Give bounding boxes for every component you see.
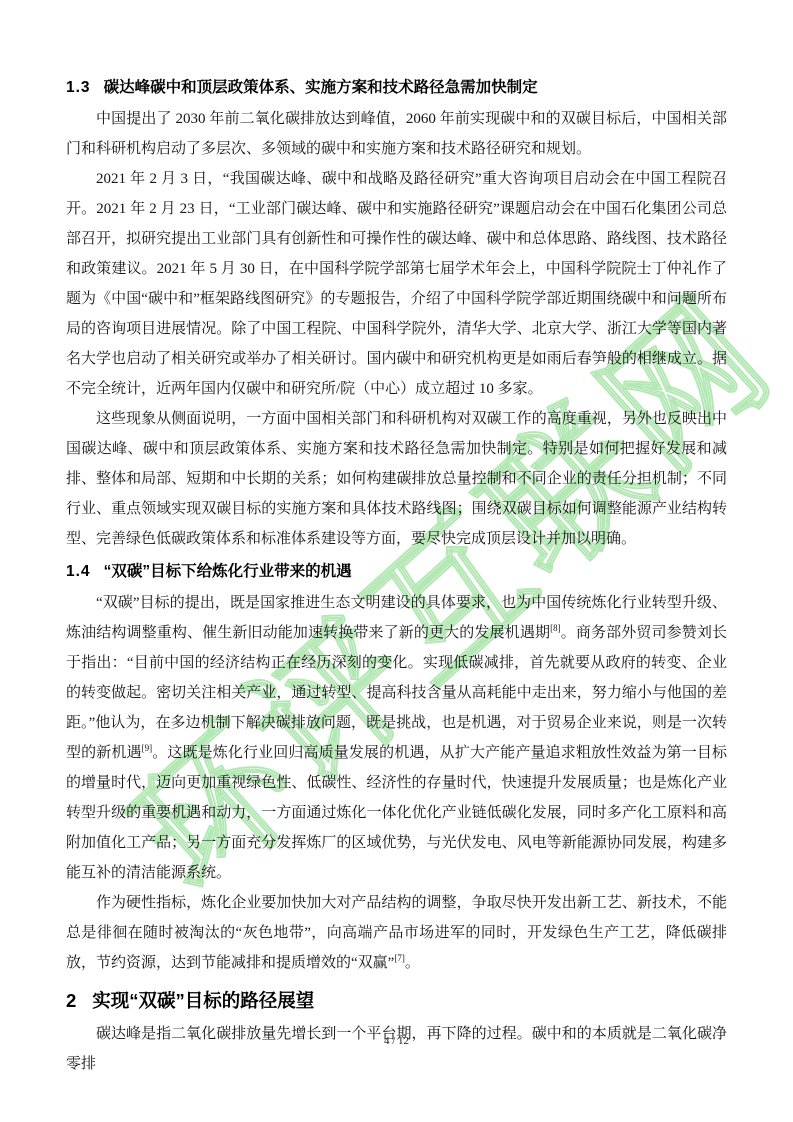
section-title: “双碳”目标下给炼化行业带来的机遇 — [104, 563, 352, 580]
document-body: 1.3碳达峰碳中和顶层政策体系、实施方案和技术路径急需加快制定中国提出了 203… — [66, 70, 727, 1079]
citation-ref: [7] — [394, 953, 405, 963]
citation-ref: [8] — [550, 623, 561, 633]
paragraph: 中国提出了 2030 年前二氧化碳排放达到峰值，2060 年前实现碳中和的双碳目… — [66, 104, 727, 164]
citation-ref: [9] — [142, 743, 153, 753]
paragraph: “双碳”目标的提出，既是国家推进生态文明建设的具体要求，也为中国传统炼化行业转型… — [66, 588, 727, 888]
section-number: 1.4 — [66, 563, 91, 580]
section-number: 1.3 — [66, 79, 91, 96]
section-number: 2 — [66, 990, 76, 1011]
paragraph: 这些现象从侧面说明，一方面中国相关部门和科研机构对双碳工作的高度重视，另外也反映… — [66, 404, 727, 554]
page-number: 4 / 12 — [0, 1033, 793, 1049]
section-title: 实现“双碳”目标的路径展望 — [92, 990, 314, 1011]
paragraph: 作为硬性指标，炼化企业要加快加大对产品结构的调整，争取尽快开发出新工艺、新技术，… — [66, 888, 727, 978]
section-heading-2: 2实现“双碳”目标的路径展望 — [66, 985, 727, 1017]
paragraph: 碳达峰是指二氧化碳排放量先增长到一个平台期，再下降的过程。碳中和的本质就是二氧化… — [66, 1019, 727, 1079]
document-page: 环评互联网 1.3碳达峰碳中和顶层政策体系、实施方案和技术路径急需加快制定中国提… — [0, 0, 793, 1122]
section-title: 碳达峰碳中和顶层政策体系、实施方案和技术路径急需加快制定 — [104, 79, 538, 96]
section-heading-1.3: 1.3碳达峰碳中和顶层政策体系、实施方案和技术路径急需加快制定 — [66, 73, 727, 103]
section-heading-1.4: 1.4“双碳”目标下给炼化行业带来的机遇 — [66, 557, 727, 587]
paragraph: 2021 年 2 月 3 日，“我国碳达峰、碳中和战略及路径研究”重大咨询项目启… — [66, 164, 727, 404]
